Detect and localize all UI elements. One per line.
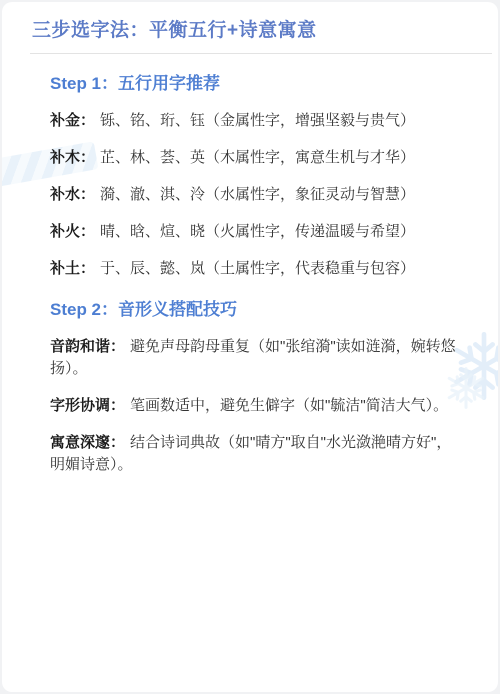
title-divider — [30, 53, 492, 54]
item-label: 补土： — [50, 260, 95, 277]
item-text: 笔画数适中，避免生僻字（如"毓洁"简洁大气）。 — [130, 397, 448, 414]
item-text: 于、辰、懿、岚（土属性字，代表稳重与包容） — [100, 260, 415, 277]
list-item-phonetics: 音韵和谐：避免声母韵母重复（如"张绾漪"读如涟漪，婉转悠扬）。 — [50, 336, 464, 380]
list-item-fire: 补火：晴、晗、煊、晓（火属性字，传递温暖与希望） — [50, 221, 464, 243]
item-label: 补火： — [50, 223, 95, 240]
item-label: 补木： — [50, 149, 95, 166]
item-label: 补水： — [50, 186, 95, 203]
list-item-earth: 补土：于、辰、懿、岚（土属性字，代表稳重与包容） — [50, 258, 464, 280]
page-background: 三步选字法：平衡五行+诗意寓意 Step 1：五行用字推荐 补金：铄、铭、珩、钰… — [0, 0, 500, 694]
list-item-water: 补水：漪、澈、淇、泠（水属性字，象征灵动与智慧） — [50, 184, 464, 206]
item-label: 寓意深邃： — [50, 434, 125, 451]
section-step1-heading: Step 1：五行用字推荐 — [50, 72, 464, 96]
list-item-meaning: 寓意深邃：结合诗词典故（如"晴方"取自"水光潋滟晴方好"，明媚诗意）。 — [50, 432, 464, 476]
page-title: 三步选字法：平衡五行+诗意寓意 — [32, 18, 468, 44]
section-step2-heading: Step 2：音形义搭配技巧 — [50, 298, 464, 322]
item-text: 铄、铭、珩、钰（金属性字，增强坚毅与贵气） — [100, 112, 415, 129]
list-item-glyph-shape: 字形协调：笔画数适中，避免生僻字（如"毓洁"简洁大气）。 — [50, 395, 464, 417]
item-label: 补金： — [50, 112, 95, 129]
content-card: 三步选字法：平衡五行+诗意寓意 Step 1：五行用字推荐 补金：铄、铭、珩、钰… — [2, 2, 498, 692]
item-text: 漪、澈、淇、泠（水属性字，象征灵动与智慧） — [100, 186, 415, 203]
item-text: 晴、晗、煊、晓（火属性字，传递温暖与希望） — [100, 223, 415, 240]
item-label: 字形协调： — [50, 397, 125, 414]
item-text: 芷、林、荟、英（木属性字，寓意生机与才华） — [100, 149, 415, 166]
section-step2: Step 2：音形义搭配技巧 音韵和谐：避免声母韵母重复（如"张绾漪"读如涟漪，… — [2, 298, 498, 476]
list-item-wood: 补木：芷、林、荟、英（木属性字，寓意生机与才华） — [50, 147, 464, 169]
section-step1: Step 1：五行用字推荐 补金：铄、铭、珩、钰（金属性字，增强坚毅与贵气） 补… — [2, 72, 498, 280]
item-label: 音韵和谐： — [50, 338, 125, 355]
list-item-metal: 补金：铄、铭、珩、钰（金属性字，增强坚毅与贵气） — [50, 110, 464, 132]
